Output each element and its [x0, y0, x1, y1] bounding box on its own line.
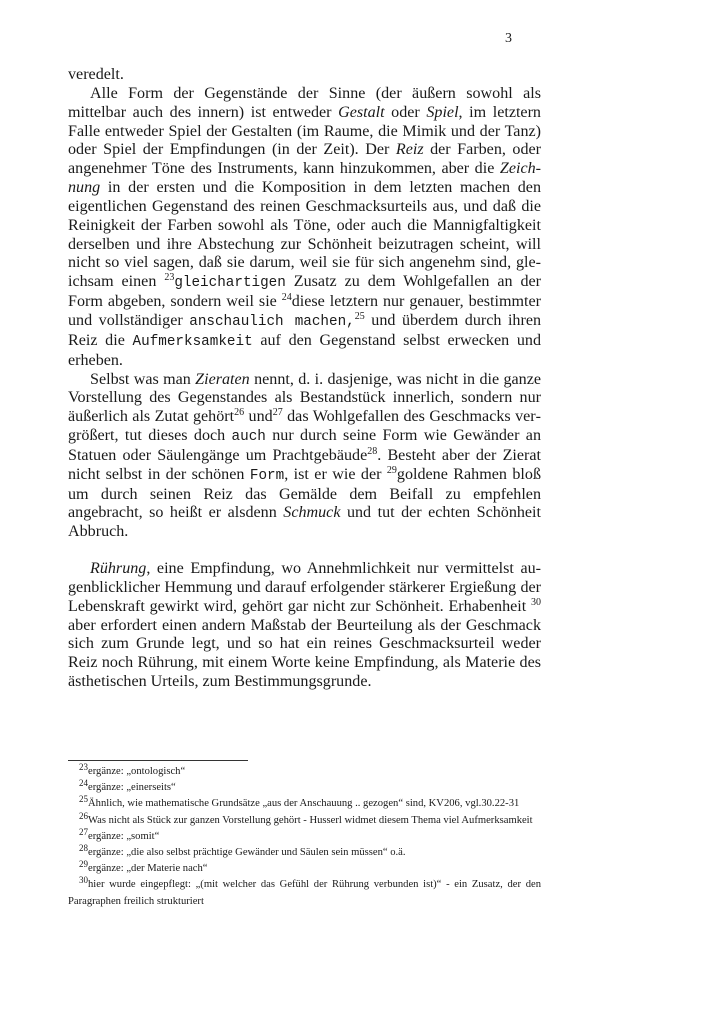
- footnote-ref-26[interactable]: 26: [234, 407, 244, 418]
- emphasis: Schmuck: [283, 504, 340, 521]
- footnote-ref-24[interactable]: 24: [282, 292, 292, 303]
- text: oder: [385, 104, 427, 121]
- footnote-number: 28: [79, 843, 88, 853]
- footnote-28: 28ergänze: „die also selbst prächtige Ge…: [68, 845, 541, 861]
- footnote-number: 26: [79, 811, 88, 821]
- footnote-number: 23: [79, 762, 88, 772]
- marked-text: auch: [232, 429, 266, 445]
- footnote-30: 30hier wurde eingepflegt: „(mit welcher …: [68, 877, 541, 909]
- footnote-number: 27: [79, 827, 88, 837]
- footnote-text: ergänze: „einerseits“: [88, 782, 176, 793]
- emphasis: Reiz: [396, 141, 424, 158]
- emphasis: Gestalt: [338, 104, 385, 121]
- footnote-27: 27ergänze: „somit“: [68, 829, 541, 845]
- footnote-text: Was nicht als Stück zur ganzen Vorstellu…: [88, 815, 533, 826]
- text: und: [244, 408, 273, 425]
- text: veredelt.: [68, 66, 124, 83]
- footnote-number: 29: [79, 859, 88, 869]
- footnote-23: 23ergänze: „ontologisch“: [68, 764, 541, 780]
- footnote-text: ergänze: „ontologisch“: [88, 766, 185, 777]
- paragraph-2: Alle Form der Gegenstände der Sinne (der…: [68, 85, 541, 371]
- footnote-text: hier wurde eingepflegt: „(mit welcher da…: [68, 879, 541, 906]
- footnote-number: 25: [79, 794, 88, 804]
- emphasis: Zieraten: [195, 371, 250, 388]
- footnote-25: 25Ähnlich, wie mathematische Grundsätze …: [68, 796, 541, 812]
- body-text: veredelt. Alle Form der Gegenstände der …: [68, 66, 541, 692]
- footnote-number: 24: [79, 778, 88, 788]
- footnote-26: 26Was nicht als Stück zur ganzen Vorstel…: [68, 813, 541, 829]
- footnote-ref-23[interactable]: 23: [164, 272, 174, 283]
- footnote-ref-29[interactable]: 29: [387, 465, 397, 476]
- marked-text: Form: [250, 468, 284, 484]
- text: Selbst was man: [90, 371, 195, 388]
- emphasis: Spiel: [426, 104, 458, 121]
- marked-text: gleichartigen: [174, 275, 286, 291]
- footnote-divider: [68, 760, 248, 761]
- footnote-ref-27[interactable]: 27: [273, 407, 283, 418]
- footnote-text: Ähnlich, wie mathematische Grundsätze „a…: [88, 798, 519, 809]
- marked-text: anschaulich machen,: [189, 314, 355, 330]
- paragraph-3: Selbst was man Zieraten nennt, d. i. das…: [68, 371, 541, 543]
- footnote-text: ergänze: „die also selbst prächtige Gewä…: [88, 847, 406, 858]
- footnotes: 23ergänze: „ontologisch“ 24ergänze: „ein…: [68, 764, 541, 910]
- footnote-ref-30[interactable]: 30: [531, 597, 541, 608]
- footnote-24: 24ergänze: „einerseits“: [68, 780, 541, 796]
- footnote-text: ergänze: „somit“: [88, 831, 159, 842]
- footnote-ref-28[interactable]: 28: [367, 446, 377, 457]
- footnote-number: 30: [79, 875, 88, 885]
- paragraph-4: Rührung, eine Empfindung, wo Annehmlichk…: [68, 560, 541, 692]
- paragraph-1: veredelt.: [68, 66, 541, 85]
- page-number: 3: [505, 31, 512, 47]
- footnote-text: ergänze: „der Materie nach“: [88, 863, 208, 874]
- marked-text: Aufmerksamkeit: [133, 334, 253, 350]
- footnote-ref-25[interactable]: 25: [355, 311, 365, 322]
- text: aber erfordert einen andern Maßstab der …: [68, 617, 541, 691]
- emphasis: Rührung: [90, 560, 146, 577]
- footnote-29: 29ergänze: „der Materie nach“: [68, 861, 541, 877]
- text: , ist er wie der: [284, 466, 387, 483]
